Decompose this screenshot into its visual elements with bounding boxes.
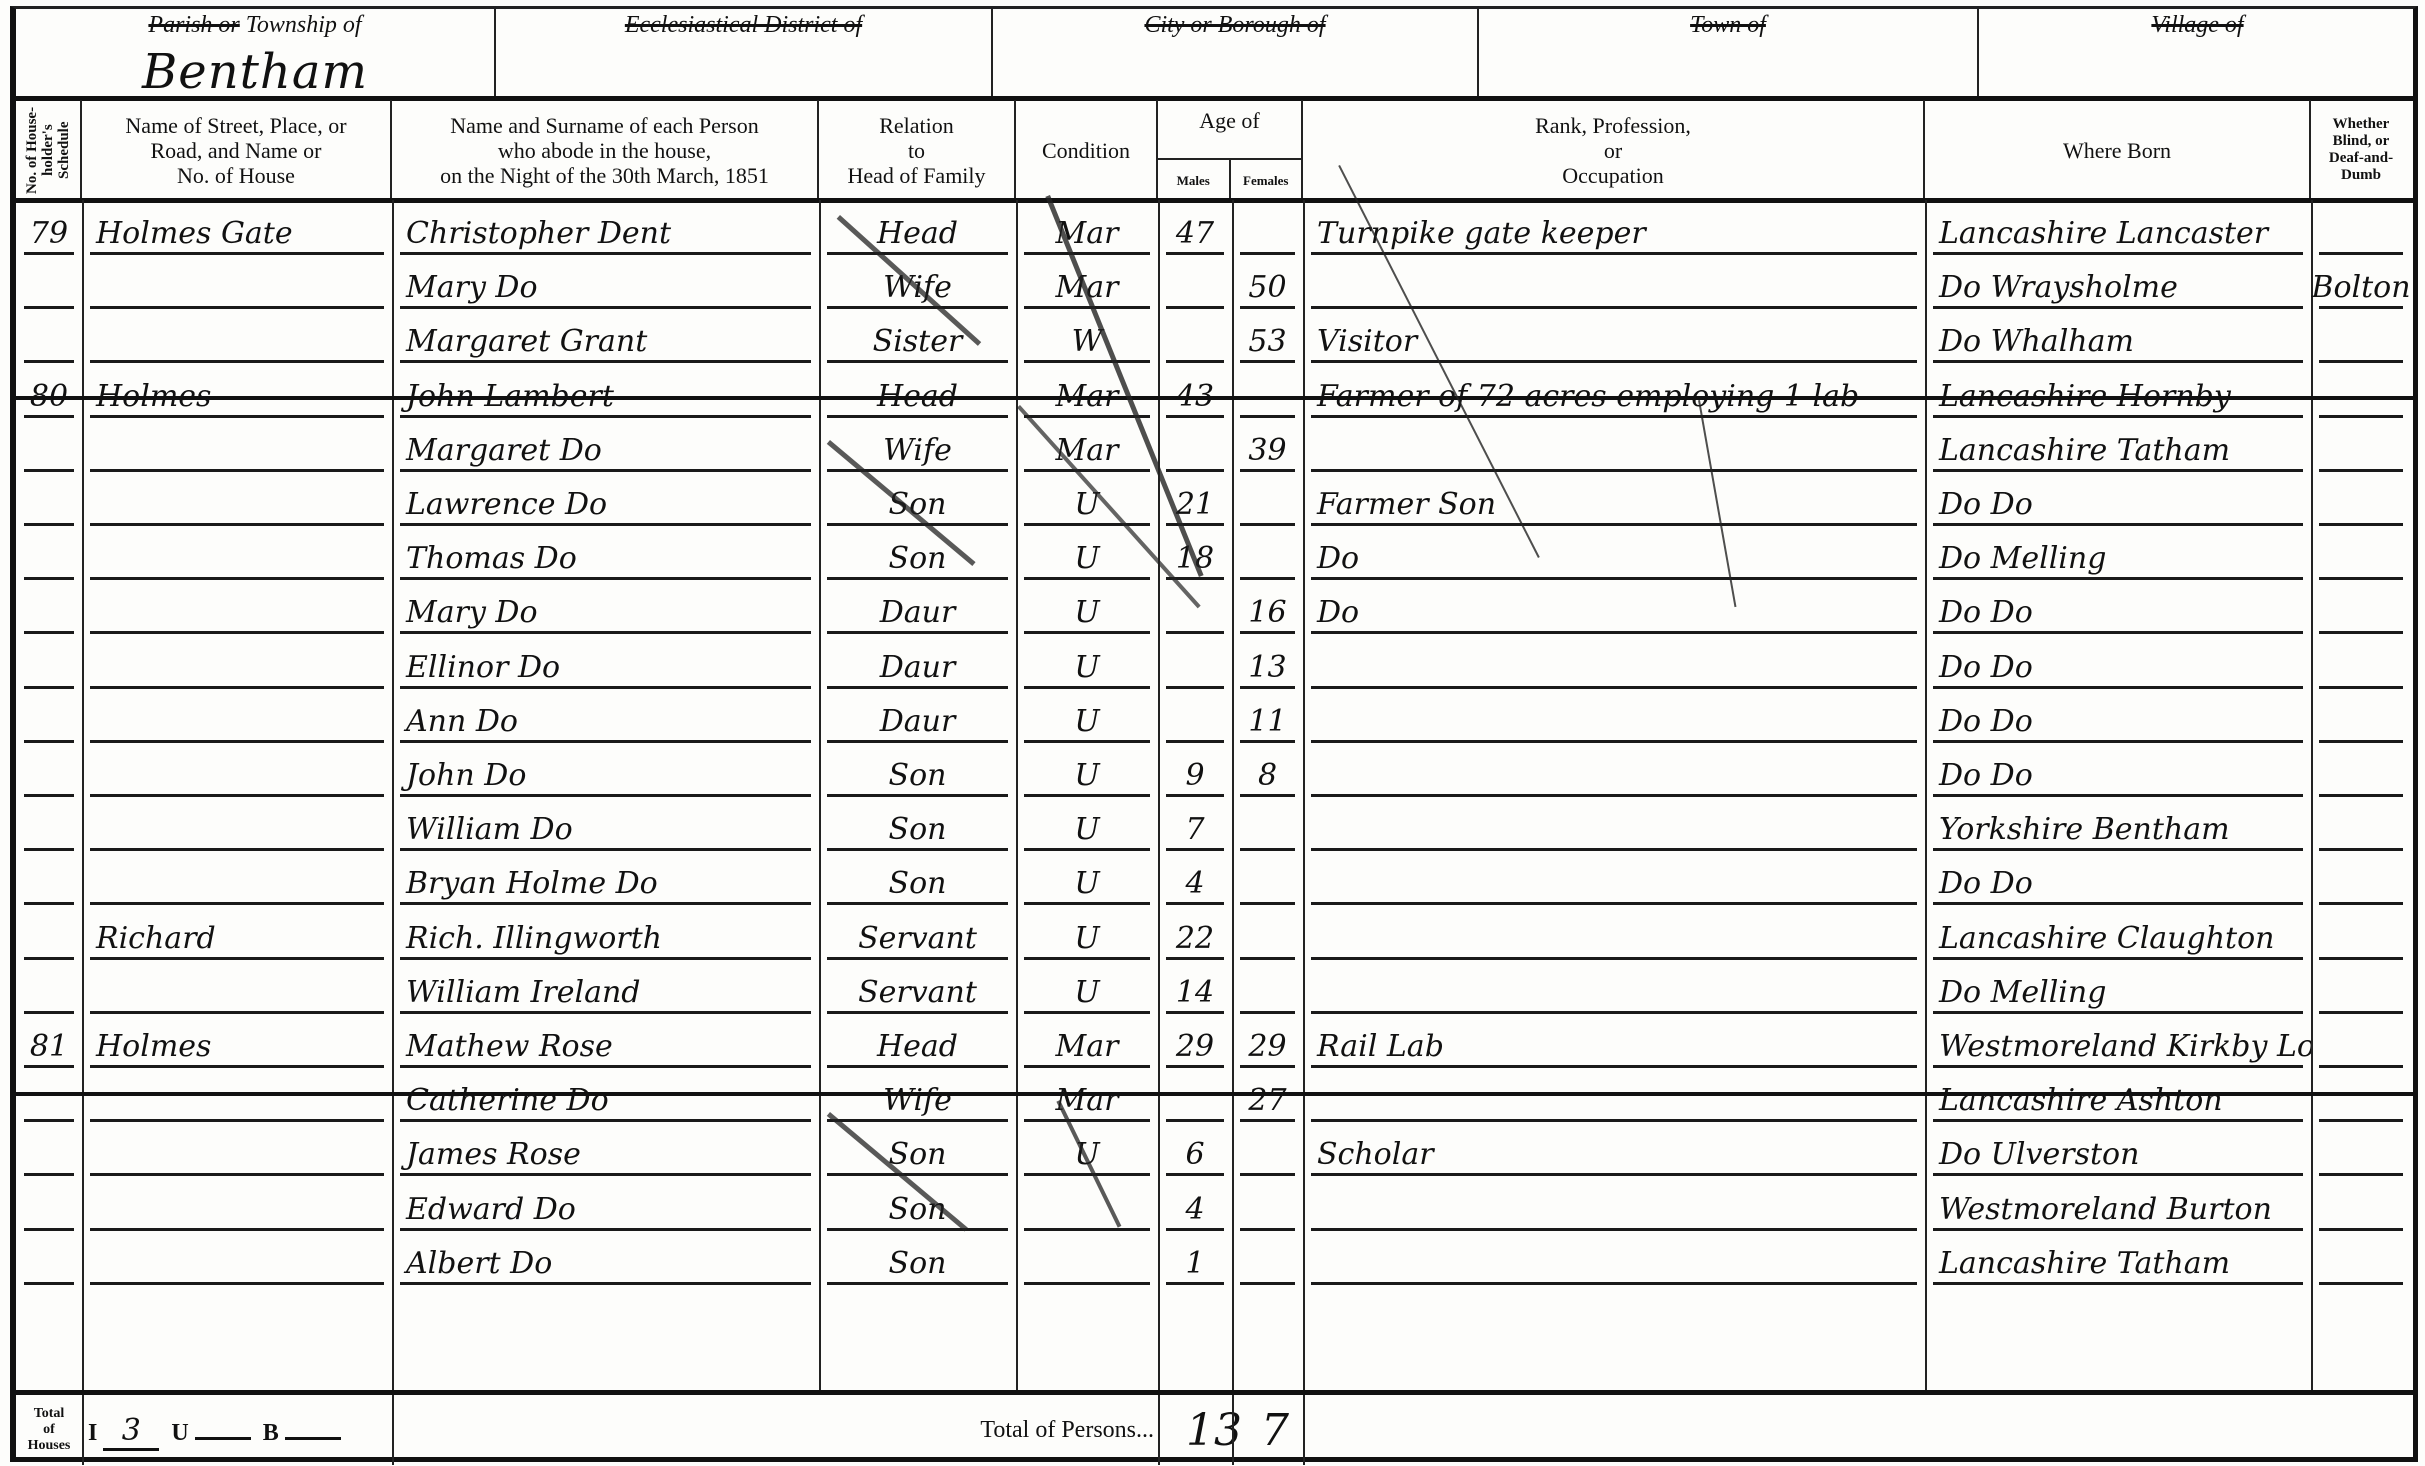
occupation-value: Do (1317, 595, 1359, 630)
rule-line (90, 1011, 384, 1014)
cell-female (1232, 964, 1303, 1018)
cell-blind (2311, 1018, 2411, 1072)
male-value: 1 (1185, 1246, 1204, 1281)
name-value: Thomas Do (406, 541, 577, 576)
rule-line (24, 686, 74, 689)
rule-line (1166, 794, 1224, 797)
male-value: 29 (1176, 1029, 1214, 1064)
cell-relation: Son (819, 747, 1016, 801)
rule-line (1311, 469, 1917, 472)
cell-born: Lancashire Tatham (1925, 422, 2311, 476)
occupation-value: Farmer Son (1317, 487, 1496, 522)
rule-line (2319, 1282, 2403, 1285)
rule-line (24, 1228, 74, 1231)
female-value: 8 (1258, 758, 1277, 793)
name-value: Ellinor Do (406, 650, 560, 685)
cell-street (82, 747, 392, 801)
relation-value: Head (877, 216, 958, 251)
rule-line (90, 1282, 384, 1285)
rule-line (827, 1173, 1008, 1176)
cell-schedule (16, 855, 82, 909)
cell-schedule (16, 476, 82, 530)
schedule-value: 80 (30, 379, 68, 414)
cell-female: 53 (1232, 313, 1303, 367)
condition-value: U (1074, 921, 1099, 956)
rule-line (827, 523, 1008, 526)
cell-schedule (16, 964, 82, 1018)
rule-line (1933, 252, 2303, 255)
cell-street: Holmes (82, 1018, 392, 1072)
rule-line (1240, 1282, 1295, 1285)
rule-line (1933, 1065, 2303, 1068)
rule-line (90, 523, 384, 526)
rule-line (1240, 686, 1295, 689)
cell-occupation (1303, 639, 1925, 693)
cell-male: 4 (1158, 855, 1232, 909)
rule-line (90, 360, 384, 363)
cell-occupation (1303, 747, 1925, 801)
cell-occupation (1303, 801, 1925, 855)
rule-line (24, 740, 74, 743)
name-value: Christopher Dent (406, 216, 671, 251)
rule-line (1311, 957, 1917, 960)
col-age: Age of Males Females (1158, 100, 1303, 200)
cell-female: 16 (1232, 584, 1303, 638)
table-row: William IrelandServantU14Do Melling (16, 964, 2416, 1018)
cell-blind (2311, 747, 2411, 801)
cell-male (1158, 259, 1232, 313)
rule-line (400, 631, 811, 634)
female-value: 39 (1248, 433, 1286, 468)
total-houses-label: Total of Houses (16, 1395, 84, 1465)
rule-line (1166, 848, 1224, 851)
male-value: 6 (1185, 1137, 1204, 1172)
rule-line (90, 740, 384, 743)
cell-occupation: Turnpike gate keeper (1303, 205, 1925, 259)
rule-line (1166, 1011, 1224, 1014)
rule-line (827, 360, 1008, 363)
name-value: William Do (406, 812, 573, 847)
cell-relation: Head (819, 368, 1016, 422)
rule-line (827, 415, 1008, 418)
male-value: 9 (1185, 758, 1204, 793)
col-age-females: Females (1229, 160, 1302, 200)
condition-value: U (1074, 650, 1099, 685)
cell-street (82, 422, 392, 476)
born-value: Yorkshire Bentham (1939, 812, 2230, 847)
male-value: 43 (1176, 379, 1214, 414)
rule-line (1311, 415, 1917, 418)
street-value: Holmes (96, 1029, 211, 1064)
cell-female: 13 (1232, 639, 1303, 693)
occupation-value: Visitor (1317, 324, 1417, 359)
cell-male: 14 (1158, 964, 1232, 1018)
table-row: William DoSonU7Yorkshire Bentham (16, 801, 2416, 855)
rule-line (400, 1011, 811, 1014)
cell-male: 47 (1158, 205, 1232, 259)
rule-line (1024, 306, 1150, 309)
schedule-value: 81 (30, 1029, 68, 1064)
col-occupation: Rank, Profession, or Occupation (1303, 100, 1925, 200)
cell-street (82, 259, 392, 313)
rule-line (400, 360, 811, 363)
rule-line (90, 794, 384, 797)
rule-line (400, 469, 811, 472)
cell-name: Mathew Rose (392, 1018, 819, 1072)
cell-blind (2311, 801, 2411, 855)
cell-male: 1 (1158, 1235, 1232, 1289)
cell-condition: W (1016, 313, 1158, 367)
cell-condition: U (1016, 801, 1158, 855)
cell-name: William Do (392, 801, 819, 855)
rule-line (1024, 415, 1150, 418)
male-value: 21 (1176, 487, 1214, 522)
born-value: Do Do (1939, 758, 2033, 793)
rule-line (1166, 469, 1224, 472)
city-cell: City or Borough of (993, 6, 1479, 99)
rule-line (400, 1173, 811, 1176)
cell-blind (2311, 368, 2411, 422)
cell-street (82, 1126, 392, 1180)
table-row: Ann DoDaurU11Do Do (16, 693, 2416, 747)
cell-street: Holmes Gate (82, 205, 392, 259)
cell-name: Ann Do (392, 693, 819, 747)
cell-occupation (1303, 422, 1925, 476)
cell-male (1158, 584, 1232, 638)
rule-line (1240, 848, 1295, 851)
female-value: 13 (1248, 650, 1286, 685)
cell-street (82, 1181, 392, 1235)
rule-line (827, 740, 1008, 743)
rule-line (24, 469, 74, 472)
rule-line (1240, 469, 1295, 472)
relation-value: Son (889, 758, 947, 793)
village-cell: Village of (1979, 6, 2416, 99)
rule-line (2319, 1011, 2403, 1014)
rule-line (1240, 740, 1295, 743)
cell-relation: Son (819, 1235, 1016, 1289)
cell-relation: Son (819, 530, 1016, 584)
relation-value: Daur (880, 704, 956, 739)
relation-value: Son (889, 541, 947, 576)
rule-line (827, 252, 1008, 255)
cell-born: Yorkshire Bentham (1925, 801, 2311, 855)
cell-occupation (1303, 964, 1925, 1018)
relation-value: Servant (858, 921, 977, 956)
cell-male: 29 (1158, 1018, 1232, 1072)
cell-condition: Mar (1016, 205, 1158, 259)
cell-born: Do Do (1925, 476, 2311, 530)
cell-street (82, 476, 392, 530)
rule-line (2319, 469, 2403, 472)
rule-line (1240, 1228, 1295, 1231)
cell-relation: Wife (819, 422, 1016, 476)
col-condition: Condition (1016, 100, 1158, 200)
cell-condition (1016, 1235, 1158, 1289)
cell-female: 8 (1232, 747, 1303, 801)
male-value: 4 (1185, 1192, 1204, 1227)
occupation-value: Farmer of 72 acres employing 1 lab (1317, 379, 1859, 414)
rule-line (1240, 902, 1295, 905)
cell-street (82, 639, 392, 693)
rule-line (1311, 686, 1917, 689)
rule-line (827, 957, 1008, 960)
condition-value: U (1074, 541, 1099, 576)
rule-line (1166, 1282, 1224, 1285)
table-row: 79Holmes GateChristopher DentHeadMar47Tu… (16, 205, 2416, 259)
totals-row: Total of Houses I3 U B Total of Persons.… (16, 1390, 2416, 1465)
rule-line (1024, 794, 1150, 797)
rule-line (90, 1119, 384, 1122)
born-value: Do Melling (1939, 975, 2106, 1010)
rule-line (827, 794, 1008, 797)
table-row: Lawrence DoSonU21Farmer SonDo Do (16, 476, 2416, 530)
cell-male: 43 (1158, 368, 1232, 422)
cell-blind (2311, 693, 2411, 747)
cell-schedule (16, 639, 82, 693)
relation-value: Son (889, 1246, 947, 1281)
cell-relation: Sister (819, 313, 1016, 367)
rule-line (1024, 577, 1150, 580)
occupation-value: Scholar (1317, 1137, 1434, 1172)
rule-line (1933, 1119, 2303, 1122)
name-value: Ann Do (406, 704, 518, 739)
born-value: Lancashire Claughton (1939, 921, 2274, 956)
born-value: Do Do (1939, 650, 2033, 685)
cell-female (1232, 205, 1303, 259)
rule-line (1166, 1119, 1224, 1122)
cell-born: Lancashire Hornby (1925, 368, 2311, 422)
blind-value: Bolton (2311, 270, 2410, 305)
condition-value: W (1072, 324, 1103, 359)
cell-schedule (16, 1181, 82, 1235)
total-persons-label: Total of Persons... (980, 1417, 1154, 1444)
rule-line (2319, 902, 2403, 905)
table-row: Albert DoSon1Lancashire Tatham (16, 1235, 2416, 1289)
rule-line (1024, 1119, 1150, 1122)
cell-schedule (16, 747, 82, 801)
age-subheaders: Males Females (1158, 158, 1301, 200)
condition-value: U (1074, 758, 1099, 793)
rule-line (1311, 1173, 1917, 1176)
rule-line (1166, 902, 1224, 905)
cell-female (1232, 530, 1303, 584)
born-value: Do Ulverston (1939, 1137, 2139, 1172)
parish-value: Bentham (16, 44, 494, 100)
cell-schedule: 79 (16, 205, 82, 259)
rule-line (1311, 1119, 1917, 1122)
parish-cell: Parish or Township of Bentham (16, 6, 496, 99)
rule-line (2319, 957, 2403, 960)
cell-blind (2311, 584, 2411, 638)
male-value: 47 (1176, 216, 1214, 251)
cell-name: Mary Do (392, 259, 819, 313)
table-row: 81HolmesMathew RoseHeadMar2929Rail LabWe… (16, 1018, 2416, 1072)
rule-line (1240, 415, 1295, 418)
born-value: Do Wraysholme (1939, 270, 2178, 305)
cell-born: Do Do (1925, 855, 2311, 909)
rule-line (1166, 686, 1224, 689)
table-row: Margaret GrantSisterW53VisitorDo Whalham (16, 313, 2416, 367)
cell-condition: U (1016, 639, 1158, 693)
cell-born: Do Do (1925, 639, 2311, 693)
rule-line (1024, 523, 1150, 526)
rule-line (1311, 1228, 1917, 1231)
rule-line (24, 415, 74, 418)
cell-occupation: Rail Lab (1303, 1018, 1925, 1072)
cell-female: 29 (1232, 1018, 1303, 1072)
cell-male (1158, 422, 1232, 476)
cell-street (82, 584, 392, 638)
female-value: 53 (1248, 324, 1286, 359)
cell-relation: Servant (819, 910, 1016, 964)
rule-line (1311, 1065, 1917, 1068)
cell-male (1158, 693, 1232, 747)
cell-male (1158, 313, 1232, 367)
rule-line (90, 469, 384, 472)
rule-line (1933, 848, 2303, 851)
occupation-value: Rail Lab (1317, 1029, 1444, 1064)
rule-line (1024, 1228, 1150, 1231)
cell-relation: Servant (819, 964, 1016, 1018)
rule-line (1933, 686, 2303, 689)
rule-line (2319, 1119, 2403, 1122)
street-value: Holmes Gate (96, 216, 293, 251)
rule-line (90, 957, 384, 960)
rule-line (1166, 740, 1224, 743)
rule-line (1240, 1173, 1295, 1176)
cell-occupation (1303, 259, 1925, 313)
cell-blind (2311, 530, 2411, 584)
name-value: John Lambert (406, 379, 614, 414)
cell-name: Catherine Do (392, 1072, 819, 1126)
rule-line (1933, 1011, 2303, 1014)
cell-born: Do Melling (1925, 530, 2311, 584)
name-value: Mary Do (406, 270, 538, 305)
name-value: James Rose (406, 1137, 581, 1172)
rule-line (1311, 1282, 1917, 1285)
born-value: Do Do (1939, 487, 2033, 522)
rule-line (1166, 631, 1224, 634)
cell-condition: U (1016, 747, 1158, 801)
cell-occupation (1303, 855, 1925, 909)
rule-line (24, 1282, 74, 1285)
cell-schedule (16, 910, 82, 964)
male-value: 22 (1176, 921, 1214, 956)
rule-line (1311, 1011, 1917, 1014)
col-relation: Relation to Head of Family (819, 100, 1016, 200)
rule-line (1166, 1228, 1224, 1231)
parish-label: Parish or Township of (16, 12, 494, 39)
rule-line (1024, 469, 1150, 472)
cell-female (1232, 910, 1303, 964)
rule-line (90, 686, 384, 689)
town-cell: Town of (1479, 6, 1979, 99)
rule-line (90, 631, 384, 634)
rule-line (1024, 957, 1150, 960)
table-row: John DoSonU98Do Do (16, 747, 2416, 801)
rule-line (90, 1173, 384, 1176)
relation-value: Daur (880, 650, 956, 685)
rule-line (2319, 1228, 2403, 1231)
rule-line (1240, 1119, 1295, 1122)
born-value: Lancashire Tatham (1939, 433, 2230, 468)
cell-blind (2311, 855, 2411, 909)
born-value: Do Do (1939, 866, 2033, 901)
rule-line (1311, 577, 1917, 580)
rule-line (1024, 1282, 1150, 1285)
rule-line (400, 1065, 811, 1068)
table-row: RichardRich. IllingworthServantU22Lancas… (16, 910, 2416, 964)
cell-relation: Daur (819, 639, 1016, 693)
house-counts: I3 U B (88, 1413, 347, 1451)
rule-line (827, 1282, 1008, 1285)
cell-name: Ellinor Do (392, 639, 819, 693)
cell-born: Do Ulverston (1925, 1126, 2311, 1180)
rule-line (1933, 631, 2303, 634)
rule-line (1024, 902, 1150, 905)
cell-schedule (16, 259, 82, 313)
rule-line (1024, 740, 1150, 743)
grid-line (1158, 1395, 1160, 1465)
cell-street (82, 313, 392, 367)
cell-street (82, 530, 392, 584)
name-value: Mathew Rose (406, 1029, 613, 1064)
relation-value: Sister (873, 324, 963, 359)
rule-line (2319, 1065, 2403, 1068)
cell-name: Margaret Grant (392, 313, 819, 367)
cell-female (1232, 1235, 1303, 1289)
cell-occupation: Visitor (1303, 313, 1925, 367)
rule-line (90, 902, 384, 905)
cell-condition: Mar (1016, 1018, 1158, 1072)
rule-line (24, 631, 74, 634)
born-value: Lancashire Lancaster (1939, 216, 2268, 251)
rule-line (2319, 1173, 2403, 1176)
female-value: 16 (1248, 595, 1286, 630)
col-age-males: Males (1158, 160, 1229, 200)
condition-value: Mar (1056, 1029, 1119, 1064)
cell-schedule: 81 (16, 1018, 82, 1072)
cell-condition: U (1016, 910, 1158, 964)
rule-line (24, 1065, 74, 1068)
cell-female (1232, 368, 1303, 422)
cell-blind (2311, 639, 2411, 693)
rule-line (400, 252, 811, 255)
rule-line (1240, 1011, 1295, 1014)
cell-occupation (1303, 1181, 1925, 1235)
cell-relation: Son (819, 855, 1016, 909)
cell-female: 50 (1232, 259, 1303, 313)
column-header-divider (16, 198, 2416, 203)
table-row: Mary DoWifeMar50Do WraysholmeBolton (16, 259, 2416, 313)
rule-line (90, 306, 384, 309)
rule-line (1240, 794, 1295, 797)
cell-occupation: Scholar (1303, 1126, 1925, 1180)
rule-line (400, 1119, 811, 1122)
rule-line (400, 740, 811, 743)
rule-line (827, 686, 1008, 689)
table-row: 80HolmesJohn LambertHeadMar43Farmer of 7… (16, 368, 2416, 422)
cell-blind: Bolton (2311, 259, 2411, 313)
cell-occupation: Do (1303, 584, 1925, 638)
cell-street: Holmes (82, 368, 392, 422)
village-label: Village of (1979, 12, 2416, 39)
rule-line (1166, 1173, 1224, 1176)
cell-schedule (16, 801, 82, 855)
born-value: Westmoreland Kirkby Lonsdale (1939, 1029, 2311, 1064)
relation-value: Son (889, 812, 947, 847)
